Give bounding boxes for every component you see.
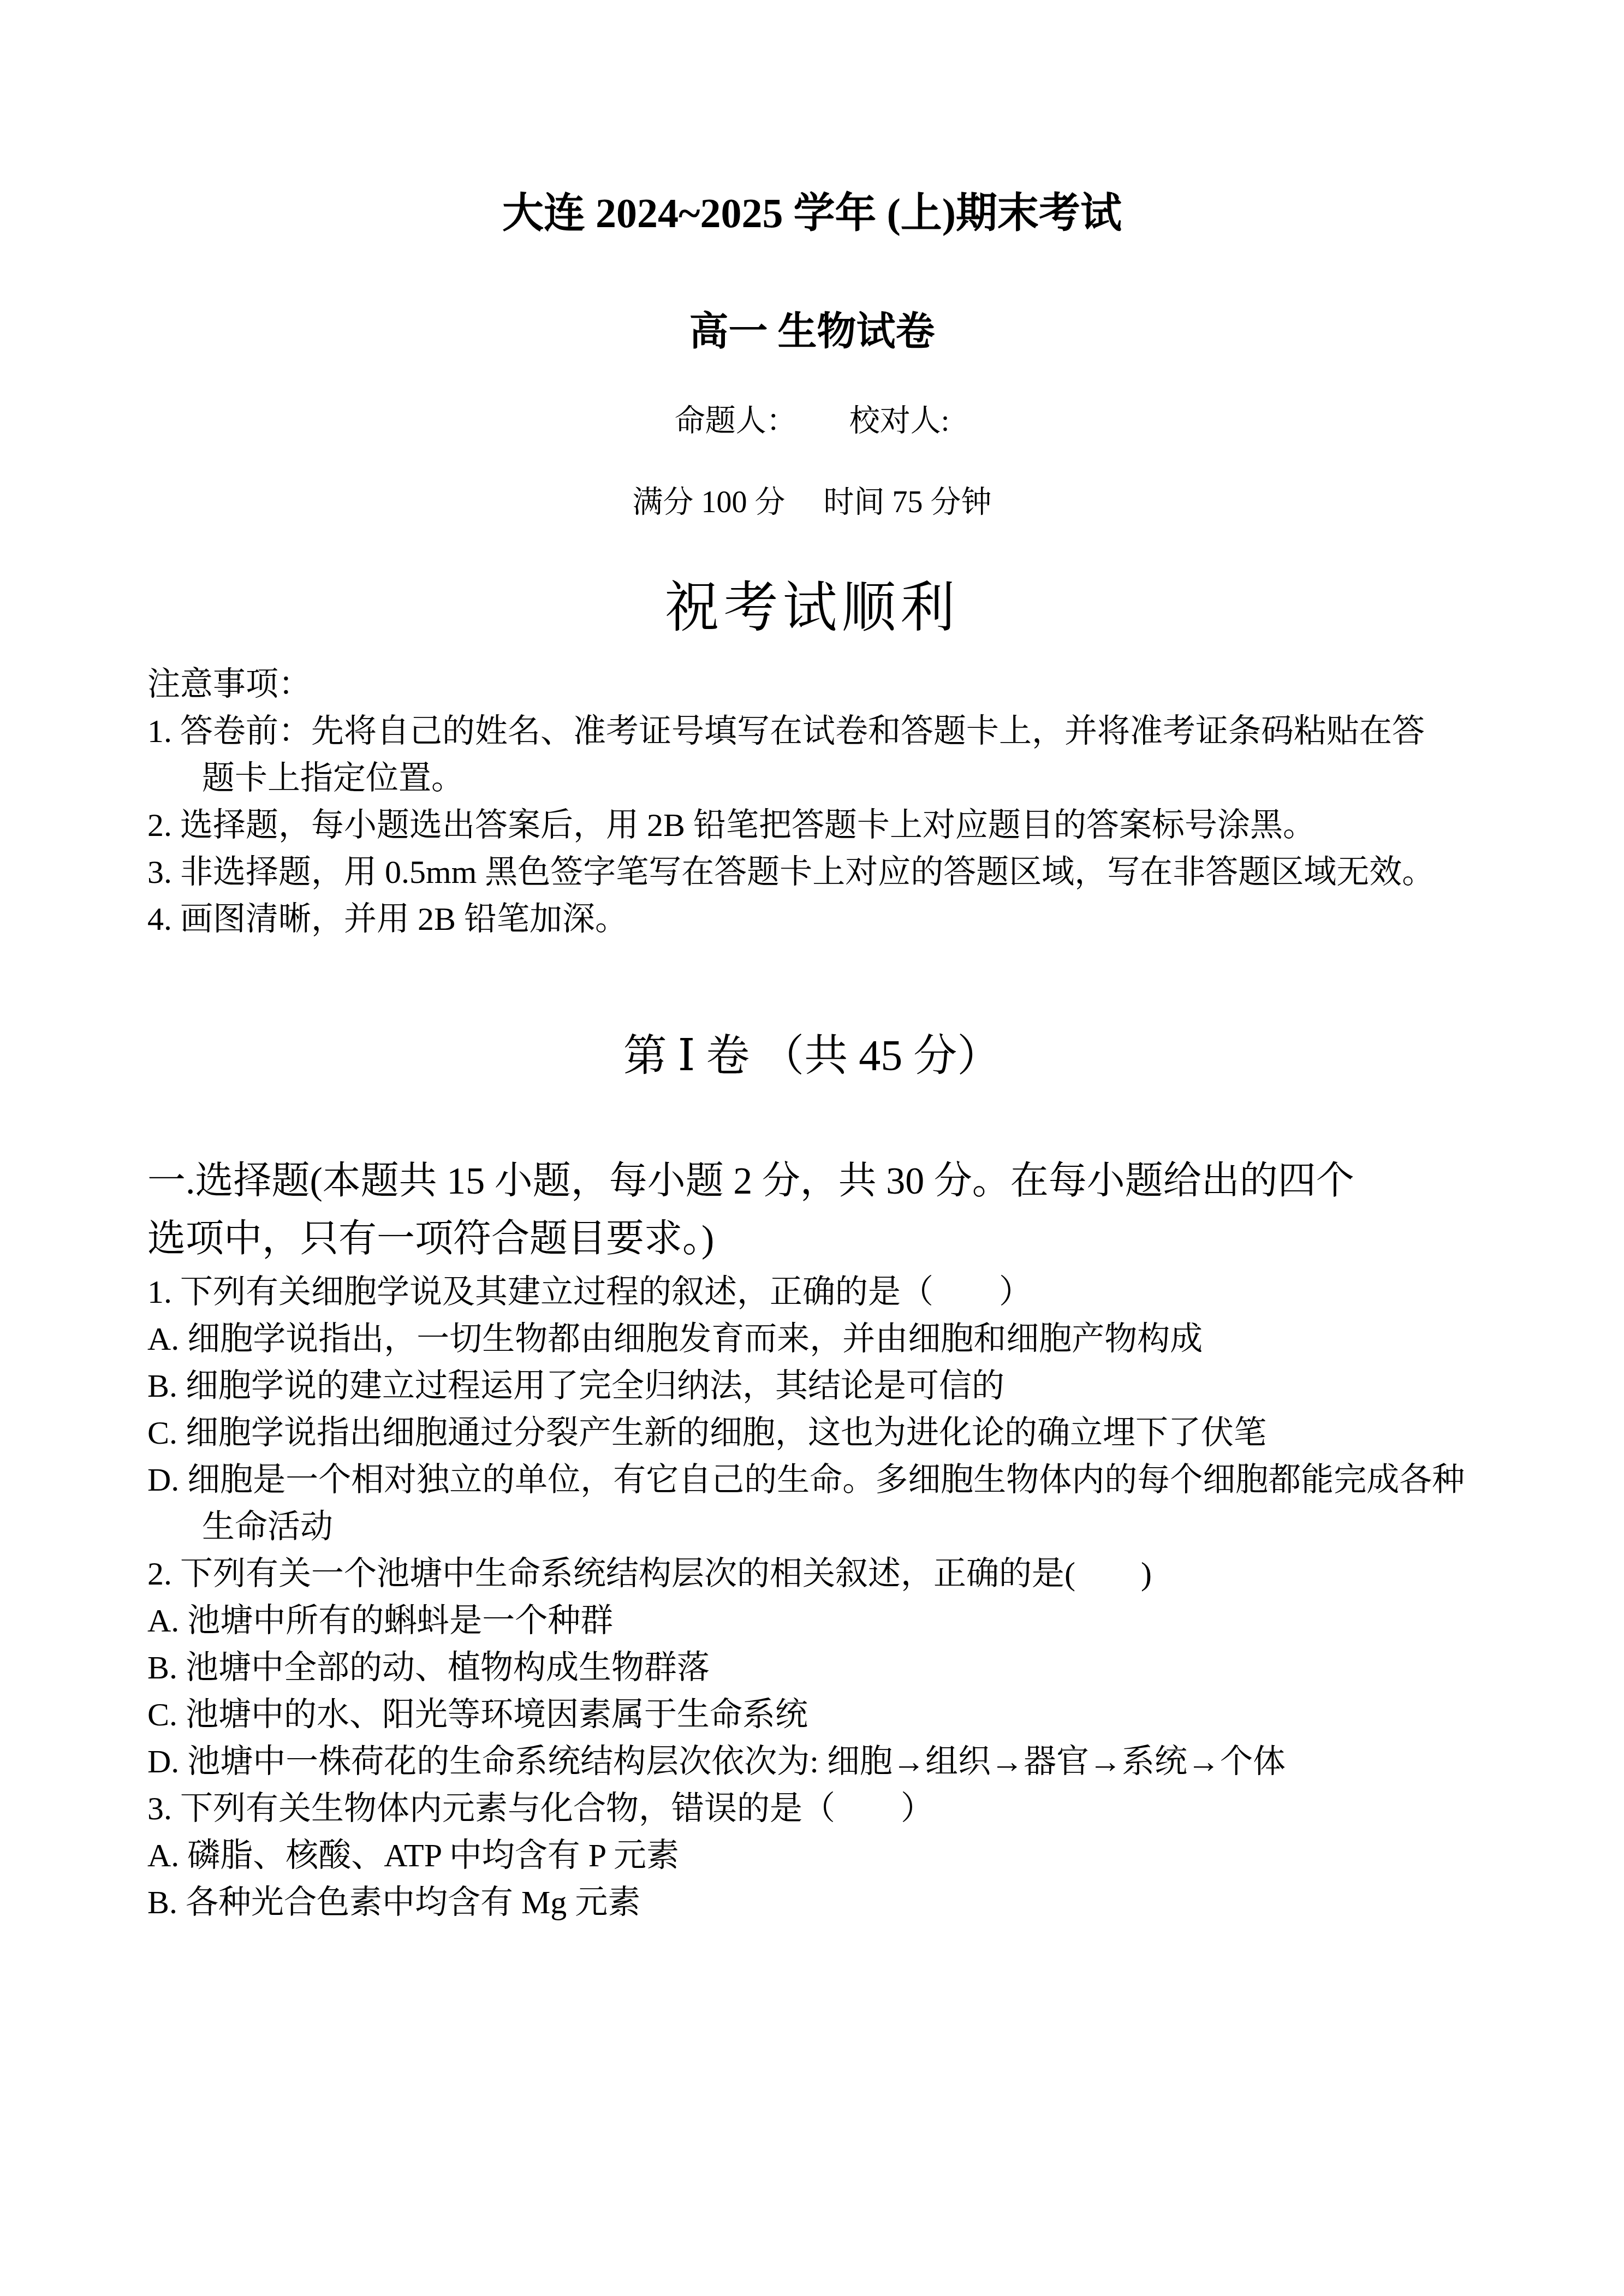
option-d-continuation: 生命活动 xyxy=(147,1503,1477,1550)
option-c: C. 细胞学说指出细胞通过分裂产生新的细胞，这也为进化论的确立埋下了伏笔 xyxy=(147,1409,1477,1456)
option-d: D. 池塘中一株荷花的生命系统结构层次依次为: 细胞→组织→器官→系统→个体 xyxy=(147,1738,1477,1785)
option-d: D. 细胞是一个相对独立的单位，有它自己的生命。多细胞生物体内的每个细胞都能完成… xyxy=(147,1456,1477,1503)
question-2: 2. 下列有关一个池塘中生命系统结构层次的相关叙述，正确的是( ) A. 池塘中… xyxy=(147,1550,1477,1785)
question-stem: 3. 下列有关生物体内元素与化合物，错误的是（ ） xyxy=(147,1785,1477,1832)
option-a: A. 磷脂、核酸、ATP 中均含有 P 元素 xyxy=(147,1832,1477,1879)
question-list: 1. 下列有关细胞学说及其建立过程的叙述，正确的是（ ） A. 细胞学说指出，一… xyxy=(147,1268,1477,1926)
notice-line: 1. 答卷前：先将自己的姓名、准考证号填写在试卷和答题卡上，并将准考证条码粘贴在… xyxy=(147,708,1477,755)
blessing-text: 祝考试顺利 xyxy=(147,576,1477,641)
multiple-choice-section-intro: 一.选择题(本题共 15 小题，每小题 2 分，共 30 分。在每小题给出的四个… xyxy=(147,1153,1477,1268)
notice-line: 2. 选择题，每小题选出答案后，用 2B 铅笔把答题卡上对应题目的答案标号涂黑。 xyxy=(147,802,1477,849)
option-b: B. 细胞学说的建立过程运用了完全归纳法，其结论是可信的 xyxy=(147,1362,1477,1409)
notice-line: 3. 非选择题，用 0.5mm 黑色签字笔写在答题卡上对应的答题区域，写在非答题… xyxy=(147,849,1477,895)
exam-title: 大连 2024~2025 学年 (上)期末考试 xyxy=(147,189,1477,239)
section-intro-line: 选项中，只有一项符合题目要求。) xyxy=(147,1211,1477,1268)
notice-line-continuation: 题卡上指定位置。 xyxy=(147,755,1477,802)
examiner-proofreader-line: 命题人：校对人: xyxy=(147,403,1477,440)
option-a: A. 细胞学说指出，一切生物都由细胞发育而来，并由细胞和细胞产物构成 xyxy=(147,1315,1477,1362)
option-a: A. 池塘中所有的蝌蚪是一个种群 xyxy=(147,1597,1477,1644)
part1-heading: 第 Ⅰ 卷 （共 45 分） xyxy=(147,1030,1477,1082)
score-and-duration: 满分 100 分 时间 75 分钟 xyxy=(147,484,1477,521)
question-stem: 1. 下列有关细胞学说及其建立过程的叙述，正确的是（ ） xyxy=(147,1268,1477,1315)
exam-subtitle: 高一 生物试卷 xyxy=(147,308,1477,355)
option-c: C. 池塘中的水、阳光等环境因素属于生命系统 xyxy=(147,1691,1477,1738)
question-3: 3. 下列有关生物体内元素与化合物，错误的是（ ） A. 磷脂、核酸、ATP 中… xyxy=(147,1785,1477,1926)
notices-section: 注意事项： 1. 答卷前：先将自己的姓名、准考证号填写在试卷和答题卡上，并将准考… xyxy=(147,661,1477,942)
option-b: B. 池塘中全部的动、植物构成生物群落 xyxy=(147,1644,1477,1691)
section-intro-line: 一.选择题(本题共 15 小题，每小题 2 分，共 30 分。在每小题给出的四个 xyxy=(147,1153,1477,1211)
proofreader-label: 校对人: xyxy=(849,404,950,438)
examiner-label: 命题人： xyxy=(675,404,797,438)
notice-line: 4. 画图清晰，并用 2B 铅笔加深。 xyxy=(147,895,1477,942)
question-stem: 2. 下列有关一个池塘中生命系统结构层次的相关叙述，正确的是( ) xyxy=(147,1550,1477,1597)
question-1: 1. 下列有关细胞学说及其建立过程的叙述，正确的是（ ） A. 细胞学说指出，一… xyxy=(147,1268,1477,1550)
notices-heading: 注意事项： xyxy=(147,661,1477,708)
exam-paper-page: 大连 2024~2025 学年 (上)期末考试 高一 生物试卷 命题人：校对人:… xyxy=(0,0,1624,2296)
option-b: B. 各种光合色素中均含有 Mg 元素 xyxy=(147,1879,1477,1926)
